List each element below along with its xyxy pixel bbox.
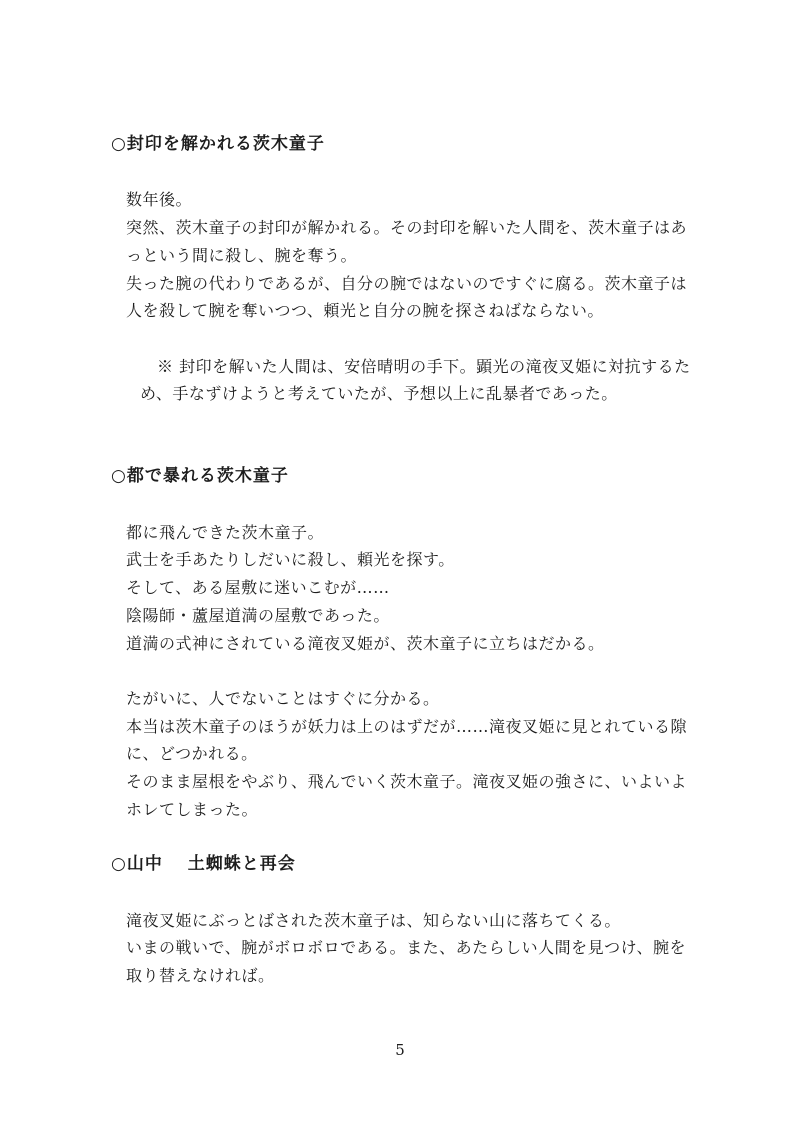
text-line: そのまま屋根をやぶり、飛んでいく茨木童子。滝夜叉姫の強さに、いよいよ	[126, 768, 695, 796]
section-heading-rampage-in-capital: ○都で暴れる茨木童子	[111, 463, 695, 491]
document-page: ○封印を解かれる茨木童子 数年後。 突然、茨木童子の封印が解かれる。その封印を解…	[0, 0, 800, 1131]
text-line: っという間に殺し、腕を奪う。	[126, 242, 695, 270]
text-line: 数年後。	[126, 186, 695, 214]
text-line: 道満の式神にされている滝夜叉姫が、茨木童子に立ちはだかる。	[126, 630, 695, 658]
section-heading-mountain-tsuchigumo: ○山中 土蜘蛛と再会	[111, 851, 695, 879]
text-line: いまの戦いで、腕がボロボロである。また、あたらしい人間を見つけ、腕を	[126, 934, 695, 962]
blank-line	[111, 325, 695, 353]
text-line: 都に飛んできた茨木童子。	[126, 519, 695, 547]
note-block: ※ 封印を解いた人間は、安倍晴明の手下。顕光の滝夜叉姫に対抗するた め、手なずけ…	[140, 353, 695, 408]
text-line: 滝夜叉姫にぶっとばされた茨木童子は、知らない山に落ちてくる。	[126, 907, 695, 935]
blank-lines	[111, 408, 695, 463]
note-line: ※ 封印を解いた人間は、安倍晴明の手下。顕光の滝夜叉姫に対抗するた	[140, 353, 695, 381]
page-number: 5	[0, 1041, 800, 1059]
text-line: 武士を手あたりしだいに殺し、頼光を探す。	[126, 546, 695, 574]
text-line: たがいに、人でないことはすぐに分かる。	[126, 685, 695, 713]
text-line: 人を殺して腕を奪いつつ、頼光と自分の腕を探さねばならない。	[126, 297, 695, 325]
blank-line	[111, 657, 695, 685]
text-line: そして、ある屋敷に迷いこむが……	[126, 574, 695, 602]
paragraph-duel-with-takiyasha: たがいに、人でないことはすぐに分かる。 本当は茨木童子のほうが妖力は上のはずだが…	[126, 685, 695, 824]
text-line: 取り替えなければ。	[126, 962, 695, 990]
page-content: ○封印を解かれる茨木童子 数年後。 突然、茨木童子の封印が解かれる。その封印を解…	[111, 131, 695, 990]
blank-line	[111, 879, 695, 907]
text-line: 失った腕の代わりであるが、自分の腕ではないのですぐに腐る。茨木童子は	[126, 270, 695, 298]
text-line: 本当は茨木童子のほうが妖力は上のはずだが……滝夜叉姫に見とれている隙	[126, 713, 695, 741]
text-line: 突然、茨木童子の封印が解かれる。その封印を解いた人間を、茨木童子はあ	[126, 214, 695, 242]
paragraph-seal-broken: 数年後。 突然、茨木童子の封印が解かれる。その封印を解いた人間を、茨木童子はあ …	[126, 186, 695, 325]
section-heading-sealed-ibaraki: ○封印を解かれる茨木童子	[111, 131, 695, 159]
blank-line	[111, 159, 695, 187]
note-line: め、手なずけようと考えていたが、予想以上に乱暴者であった。	[140, 380, 695, 408]
paragraph-fall-into-mountain: 滝夜叉姫にぶっとばされた茨木童子は、知らない山に落ちてくる。 いまの戦いで、腕が…	[126, 907, 695, 990]
paragraph-arrival-in-capital: 都に飛んできた茨木童子。 武士を手あたりしだいに殺し、頼光を探す。 そして、ある…	[126, 519, 695, 658]
text-line: ホレてしまった。	[126, 796, 695, 824]
blank-line	[111, 824, 695, 852]
text-line: に、どつかれる。	[126, 740, 695, 768]
text-line: 陰陽師・蘆屋道満の屋敷であった。	[126, 602, 695, 630]
blank-line	[111, 491, 695, 519]
